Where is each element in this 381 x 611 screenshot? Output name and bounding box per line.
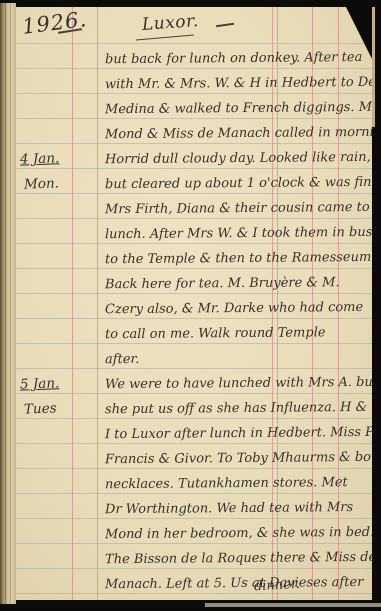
diary-line: but back for lunch on donkey. After tea bbox=[16, 45, 372, 73]
diary-line: We were to have lunched with Mrs A. but bbox=[16, 370, 372, 398]
diary-line: after. bbox=[16, 345, 372, 373]
flourish-stroke bbox=[216, 23, 234, 27]
diary-line: necklaces. Tutankhamen stores. Met bbox=[16, 470, 372, 498]
year-label: 1926. bbox=[21, 7, 89, 39]
title-underline bbox=[136, 34, 194, 40]
folded-corner-shadow bbox=[346, 7, 372, 59]
diary-line: The Bisson de la Roques there & Miss de bbox=[16, 545, 372, 573]
entry-lines: We were to have lunched with Mrs A. buts… bbox=[16, 373, 372, 598]
diary-line: Mond in her bedroom, & she was in bed. bbox=[16, 520, 372, 548]
diary-line: to call on me. Walk round Temple bbox=[16, 320, 372, 348]
table-edge bbox=[205, 603, 381, 607]
page-title: Luxor. bbox=[141, 11, 199, 35]
diary-entry: 5 Jan. Tues We were to have lunched with… bbox=[16, 373, 372, 598]
diary-entry: 4 Jan. Mon. Horrid dull cloudy day. Look… bbox=[16, 148, 372, 373]
page-edge-sliver bbox=[372, 7, 375, 127]
diary-line: she put us off as she has Influenza. H & bbox=[16, 395, 372, 423]
diary-line: to the Temple & then to the Ramesseum. bbox=[16, 245, 372, 273]
diary-line: Czery also, & Mr. Darke who had come bbox=[16, 295, 372, 323]
diary-line: Dr Worthington. We had tea with Mrs bbox=[16, 495, 372, 523]
diary-line: I to Luxor after lunch in Hedbert. Miss … bbox=[16, 420, 372, 448]
diary-line: Francis & Givor. To Toby Mhaurms & bough… bbox=[16, 445, 372, 473]
book-binding-edge bbox=[0, 3, 16, 604]
diary-line: Horrid dull cloudy day. Looked like rain… bbox=[16, 145, 372, 173]
closing-line: dinner. bbox=[254, 577, 301, 594]
entries: but back for lunch on donkey. After teaw… bbox=[16, 48, 372, 598]
diary-line: Manach. Left at 5. Us at Davieses after bbox=[16, 570, 372, 598]
entry-lines: Horrid dull cloudy day. Looked like rain… bbox=[16, 148, 372, 373]
diary-line: Back here for tea. M. Bruyère & M. bbox=[16, 270, 372, 298]
diary-line: lunch. After Mrs W. & I took them in bus bbox=[16, 220, 372, 248]
diary-line: with Mr. & Mrs. W. & H in Hedbert to Der… bbox=[16, 70, 372, 98]
diary-line: Medina & walked to French diggings. Mr. bbox=[16, 95, 372, 123]
diary-line: Mrs Firth, Diana & their cousin came to bbox=[16, 195, 372, 223]
diary-line: but cleared up about 1 o'clock & was fin… bbox=[16, 170, 372, 198]
diary-photo: { "page": { "year": "1926.", "title": "L… bbox=[0, 0, 381, 611]
diary-line: Mond & Miss de Manach called in morning. bbox=[16, 120, 372, 148]
entry-lines: but back for lunch on donkey. After teaw… bbox=[16, 48, 372, 148]
notebook-page: 1926. Luxor. but back for lunch on donke… bbox=[16, 7, 372, 600]
diary-entry: but back for lunch on donkey. After teaw… bbox=[16, 48, 372, 148]
